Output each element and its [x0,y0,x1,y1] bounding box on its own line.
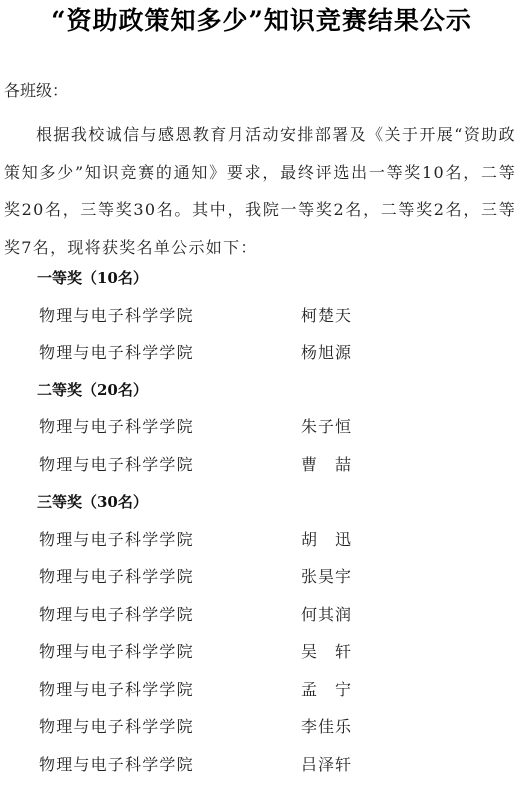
winner-name: 杨旭源 [301,342,352,364]
salutation: 各班级： [4,80,68,102]
winner-college: 物理与电子科学学院 [39,716,194,738]
winner-row: 物理与电子科学学院 曹 喆 [39,454,359,476]
winner-college: 物理与电子科学学院 [39,604,194,626]
winner-college: 物理与电子科学学院 [39,416,194,438]
section-heading-first-prize: 一等奖（10名） [37,267,148,289]
winner-name: 胡 迅 [301,529,352,551]
winner-college: 物理与电子科学学院 [39,754,194,776]
winner-name: 吴 轩 [301,641,352,663]
body-paragraph: 根据我校诚信与感恩教育月活动安排部署及《关于开展“资助政策知多少”知识竞赛的通知… [4,116,516,266]
winner-college: 物理与电子科学学院 [39,679,194,701]
winner-row: 物理与电子科学学院 柯楚天 [39,305,359,327]
section-heading-third-prize: 三等奖（30名） [37,491,148,513]
winner-college: 物理与电子科学学院 [39,454,194,476]
winner-college: 物理与电子科学学院 [39,529,194,551]
winner-row: 物理与电子科学学院 张昊宇 [39,566,359,588]
winner-row: 物理与电子科学学院 吴 轩 [39,641,359,663]
winner-name: 张昊宇 [301,566,352,588]
winner-row: 物理与电子科学学院 孟 宁 [39,679,359,701]
winner-row: 物理与电子科学学院 吕泽轩 [39,754,359,776]
document-title: “资助政策知多少”知识竞赛结果公示 [0,6,523,36]
winner-name: 吕泽轩 [301,754,352,776]
winner-college: 物理与电子科学学院 [39,641,194,663]
winner-row: 物理与电子科学学院 朱子恒 [39,416,359,438]
winner-college: 物理与电子科学学院 [39,342,194,364]
winner-name: 朱子恒 [301,416,352,438]
winner-name: 李佳乐 [301,716,352,738]
winner-name: 柯楚天 [301,305,352,327]
winner-college: 物理与电子科学学院 [39,566,194,588]
winner-college: 物理与电子科学学院 [39,305,194,327]
winner-name: 孟 宁 [301,679,352,701]
winner-name: 何其润 [301,604,352,626]
winner-row: 物理与电子科学学院 胡 迅 [39,529,359,551]
winner-row: 物理与电子科学学院 何其润 [39,604,359,626]
winner-name: 曹 喆 [301,454,352,476]
winner-row: 物理与电子科学学院 李佳乐 [39,716,359,738]
winner-row: 物理与电子科学学院 杨旭源 [39,342,359,364]
section-heading-second-prize: 二等奖（20名） [37,379,148,401]
